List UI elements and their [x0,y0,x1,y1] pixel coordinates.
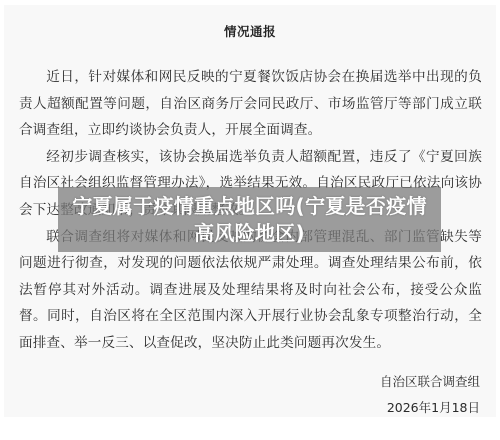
paragraph-1: 近日，针对媒体和网民反映的宁夏餐饮饭店协会在换届选举中出现的负责人超额配置等问题… [19,64,482,144]
signature-date: 2026年1月18日 [387,398,480,416]
signature-organization: 自治区联合调查组 [380,372,480,390]
headline-overlay-banner: 宁夏属于疫情重点地区吗(宁夏是否疫情高风险地区) [58,187,441,252]
headline-overlay-text: 宁夏属于疫情重点地区吗(宁夏是否疫情高风险地区) [70,193,430,247]
document-title: 情况通报 [0,22,500,40]
